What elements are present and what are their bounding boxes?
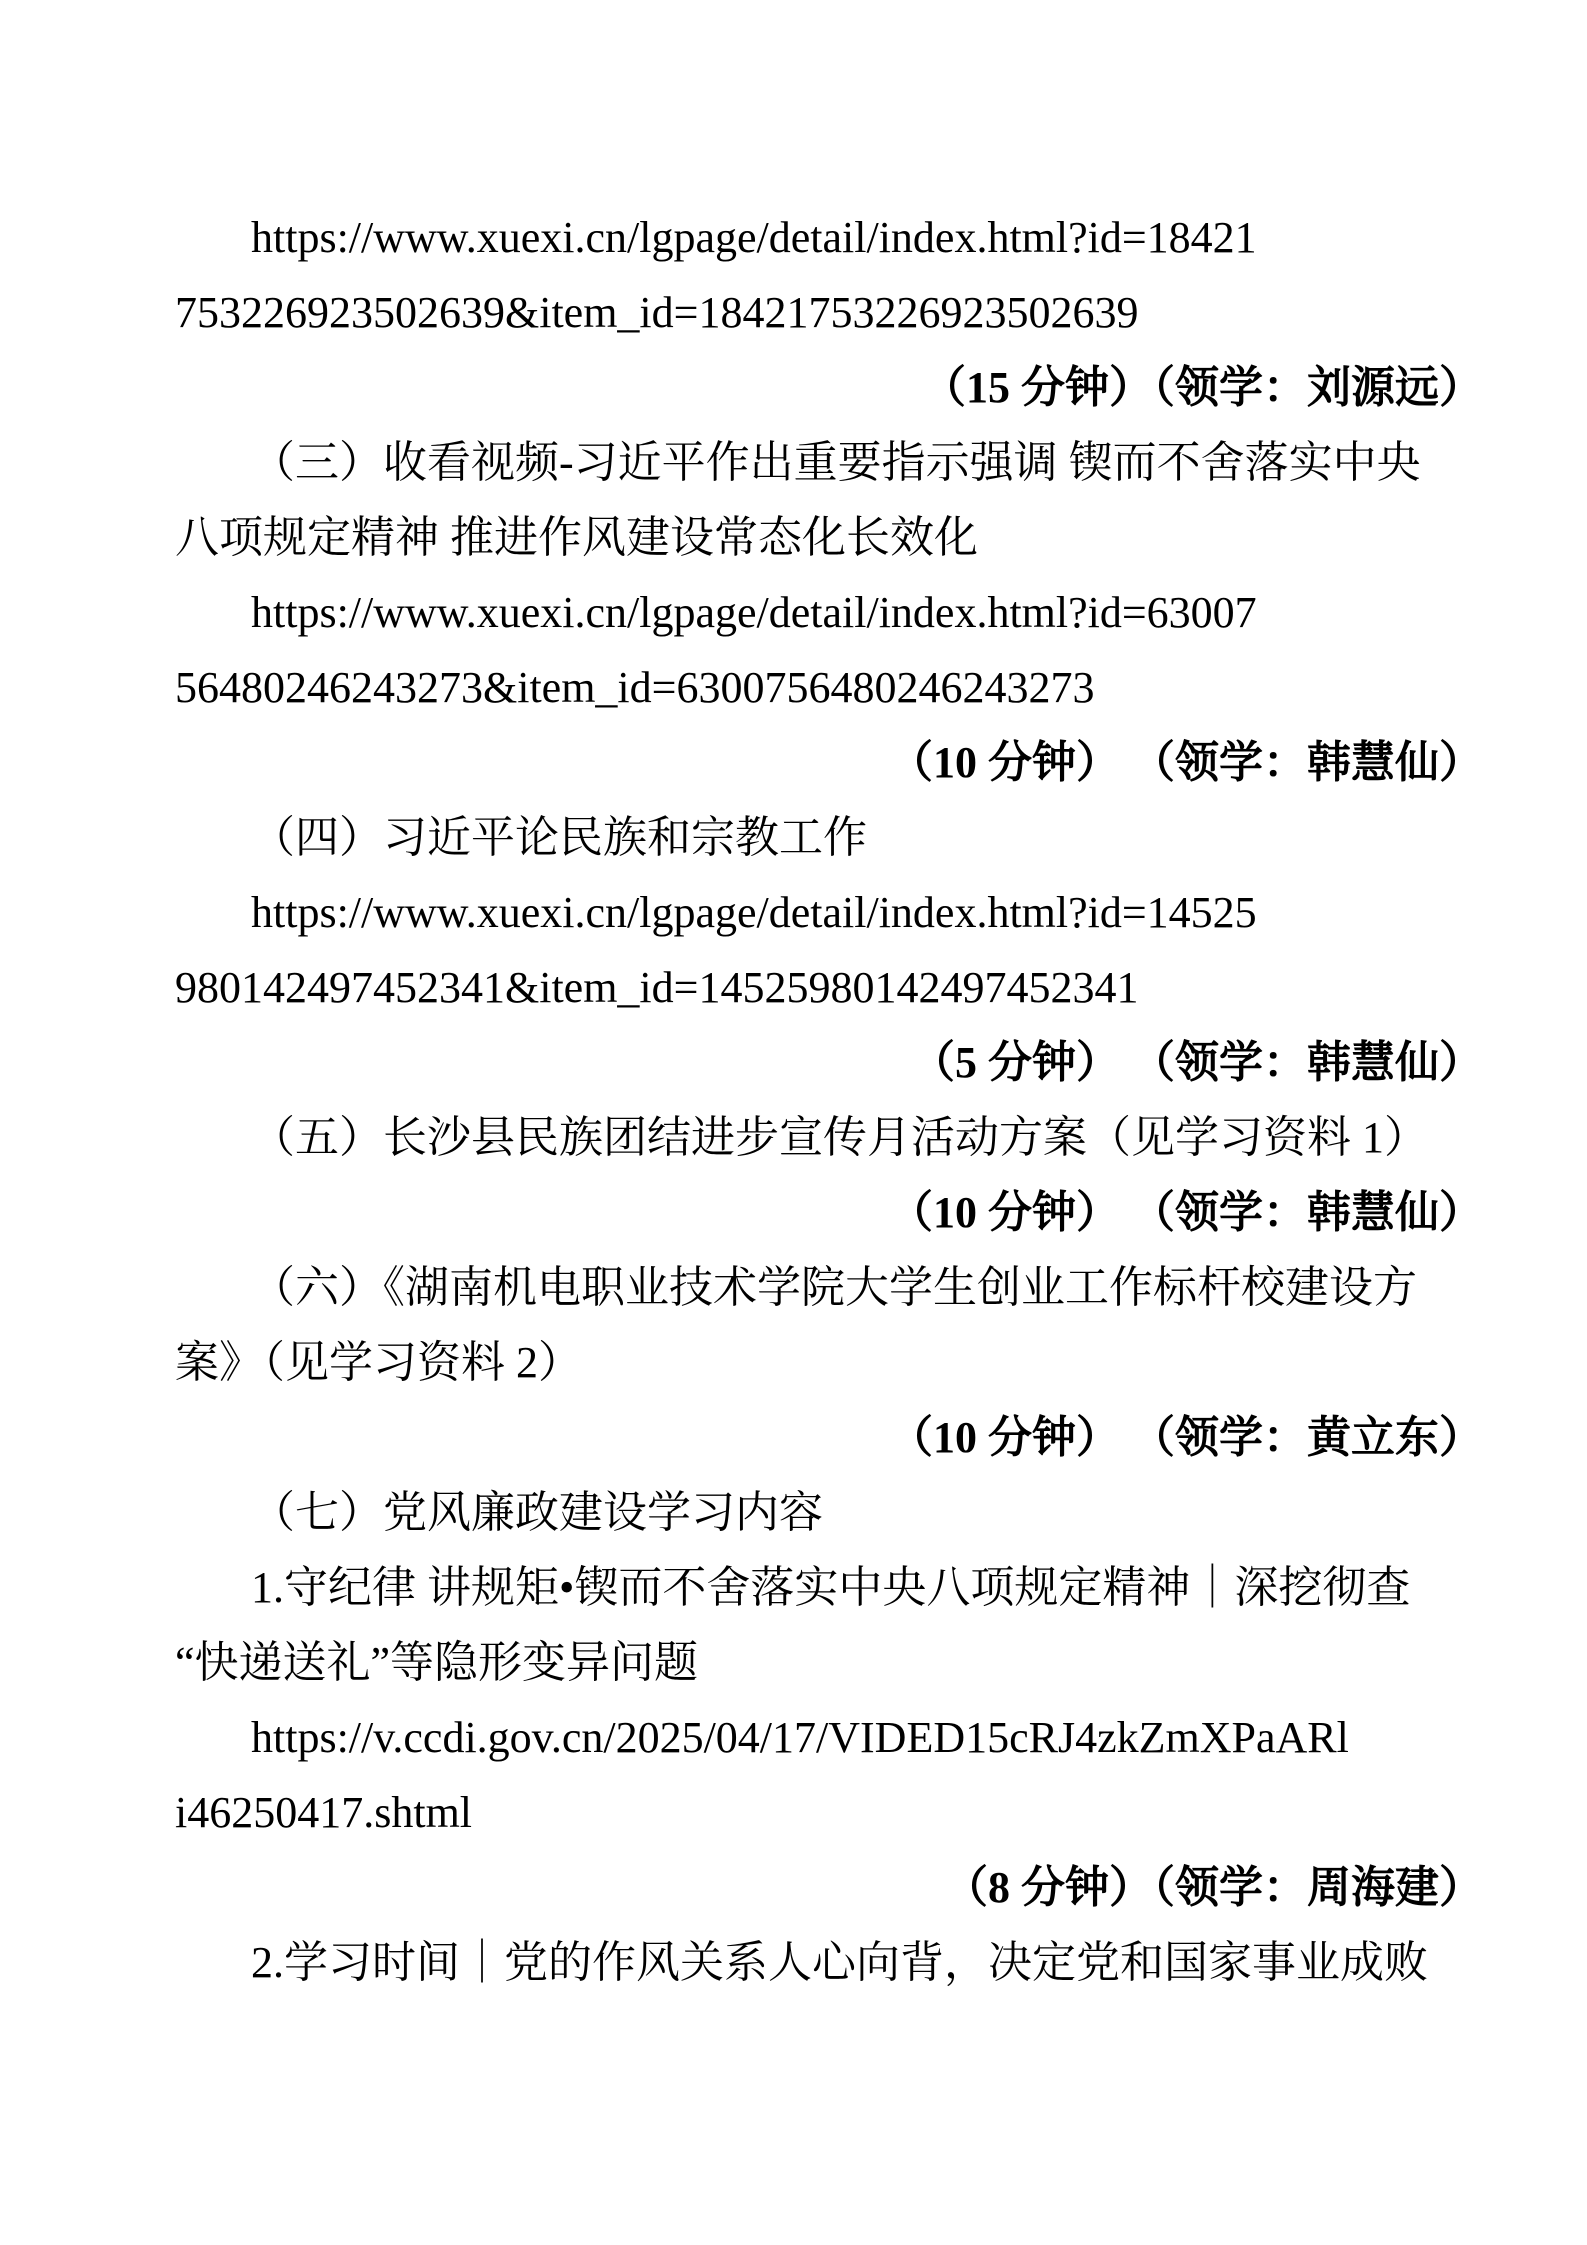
- doc-line-5: 八项规定精神 推进作风建设常态化长效化: [175, 500, 1483, 575]
- doc-line-13: （五）长沙县民族团结进步宣传月活动方案（见学习资料 1）: [175, 1100, 1483, 1175]
- doc-line-9: （四）习近平论民族和宗教工作: [175, 800, 1483, 875]
- doc-line-18: （七）党风廉政建设学习内容: [175, 1475, 1483, 1550]
- doc-line-24: 2.学习时间｜党的作风关系人心向背，决定党和国家事业成败: [175, 1925, 1483, 2000]
- doc-line-11: 980142497452341&item_id=1452598014249745…: [175, 950, 1483, 1025]
- doc-line-17: （10 分钟） （领学：黄立东）: [175, 1400, 1483, 1475]
- doc-line-21: https://v.ccdi.gov.cn/2025/04/17/VIDED15…: [175, 1700, 1483, 1775]
- doc-line-12: （5 分钟） （领学：韩慧仙）: [175, 1025, 1483, 1100]
- doc-line-8: （10 分钟） （领学：韩慧仙）: [175, 725, 1483, 800]
- doc-line-16: 案》（见学习资料 2）: [175, 1325, 1483, 1400]
- doc-line-6: https://www.xuexi.cn/lgpage/detail/index…: [175, 575, 1483, 650]
- doc-line-22: i46250417.shtml: [175, 1775, 1483, 1850]
- doc-line-19: 1.守纪律 讲规矩•锲而不舍落实中央八项规定精神｜深挖彻查: [175, 1550, 1483, 1625]
- doc-line-20: “快递送礼”等隐形变异问题: [175, 1625, 1483, 1700]
- doc-line-23: （8 分钟）（领学：周海建）: [175, 1850, 1483, 1925]
- doc-line-15: （六）《湖南机电职业技术学院大学生创业工作标杆校建设方: [175, 1250, 1483, 1325]
- document-page: https://www.xuexi.cn/lgpage/detail/index…: [0, 0, 1587, 2245]
- doc-line-2: 753226923502639&item_id=1842175322692350…: [175, 275, 1483, 350]
- document-content: https://www.xuexi.cn/lgpage/detail/index…: [175, 200, 1483, 2000]
- doc-line-1: https://www.xuexi.cn/lgpage/detail/index…: [175, 200, 1483, 275]
- doc-line-14: （10 分钟） （领学：韩慧仙）: [175, 1175, 1483, 1250]
- doc-line-7: 56480246243273&item_id=63007564802462432…: [175, 650, 1483, 725]
- doc-line-3: （15 分钟）（领学：刘源远）: [175, 350, 1483, 425]
- doc-line-10: https://www.xuexi.cn/lgpage/detail/index…: [175, 875, 1483, 950]
- doc-line-4: （三）收看视频-习近平作出重要指示强调 锲而不舍落实中央: [175, 425, 1483, 500]
